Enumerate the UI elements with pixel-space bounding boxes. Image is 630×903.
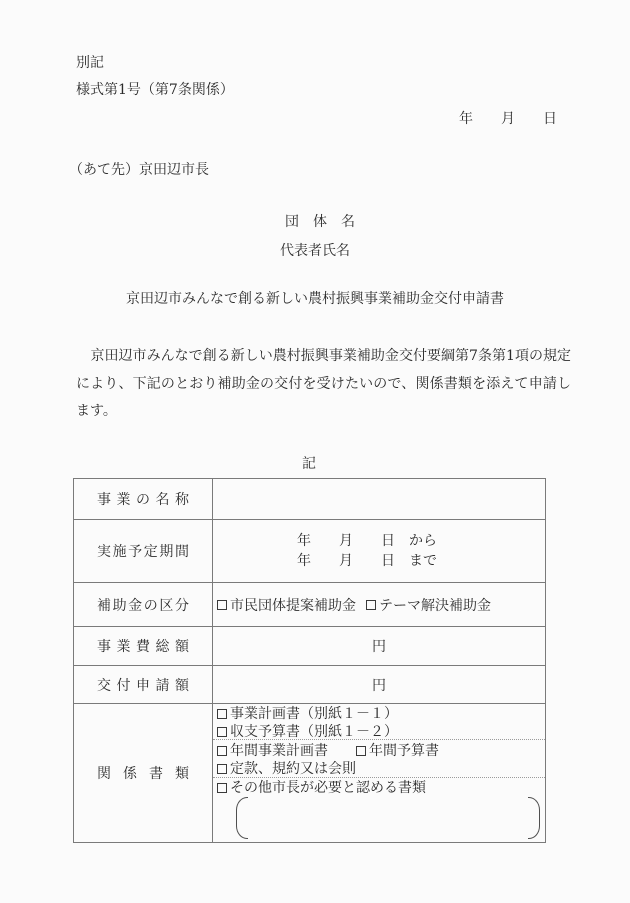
documents-value-cell: 事業計画書（別紙１－１） 収支予算書（別紙１－２） 年	[213, 704, 546, 843]
group-name-label: 団 体 名	[285, 211, 355, 231]
grant-amount-unit: 円	[372, 678, 386, 694]
checkbox-label: テーマ解決補助金	[379, 595, 491, 615]
row-label-category: 補助金の区分	[95, 598, 190, 614]
representative-name-label: 代表者氏名	[280, 240, 350, 260]
checkbox-item-citizen-group: 市民団体提案補助金	[217, 595, 356, 615]
row-label-project-name: 事業の名称	[92, 492, 195, 508]
checkbox-label: その他市長が必要と認める書類	[230, 779, 426, 797]
documents-group-1: 事業計画書（別紙１－１） 収支予算書（別紙１－２）	[213, 704, 545, 740]
period-to-line: 年 月 日 まで	[213, 551, 521, 571]
annex-label: 別記	[76, 52, 104, 72]
checkbox-item-business-plan: 事業計画書（別紙１－１）	[217, 705, 398, 723]
record-mark: 記	[73, 453, 545, 473]
checkbox-icon	[217, 600, 227, 610]
checkbox-label: 年間予算書	[369, 742, 439, 760]
application-table: 事業の名称 実施予定期間 年 月 日 から 年 月 日 まで 補助金の区分	[73, 478, 546, 843]
checkbox-icon	[217, 764, 227, 774]
table-row-grant-amount: 交付申請額 円	[74, 666, 546, 704]
checkbox-icon	[217, 727, 227, 737]
documents-group-3: その他市長が必要と認める書類	[213, 778, 545, 841]
date-line: 年 月 日	[459, 108, 557, 128]
category-label-cell: 補助金の区分	[74, 583, 213, 627]
period-label-cell: 実施予定期間	[74, 520, 213, 583]
checkbox-item-other-documents: その他市長が必要と認める書類	[217, 779, 426, 797]
addressee-line: （あて先）京田辺市長	[69, 159, 209, 179]
period-value-cell: 年 月 日 から 年 月 日 まで	[213, 520, 546, 583]
project-name-value-cell	[213, 479, 546, 520]
checkbox-label: 定款、規約又は会則	[230, 760, 356, 778]
checkbox-label: 市民団体提案補助金	[230, 595, 356, 615]
document-page: 別記 様式第1号（第7条関係） 年 月 日 （あて先）京田辺市長 団 体 名 代…	[0, 0, 630, 903]
checkbox-item-budget-statement: 収支予算書（別紙１－２）	[217, 723, 398, 741]
document-title: 京田辺市みんなで創る新しい農村振興事業補助金交付申請書	[0, 288, 630, 308]
table-row-project-name: 事業の名称	[74, 479, 546, 520]
checkbox-icon	[217, 746, 227, 756]
total-cost-unit: 円	[372, 639, 386, 655]
grant-amount-label-cell: 交付申請額	[74, 666, 213, 704]
checkbox-label: 事業計画書（別紙１－１）	[230, 705, 398, 723]
checkbox-item-annual-budget: 年間予算書	[356, 742, 439, 760]
left-bracket-icon	[236, 797, 248, 839]
checkbox-item-theme-solution: テーマ解決補助金	[366, 595, 491, 615]
total-cost-value-cell: 円	[213, 627, 546, 666]
form-number: 様式第1号（第7条関係）	[76, 79, 234, 99]
table-row-total-cost: 事業費総額 円	[74, 627, 546, 666]
row-label-grant-amount: 交付申請額	[92, 678, 195, 694]
category-value-cell: 市民団体提案補助金 テーマ解決補助金	[213, 583, 546, 627]
row-label-period: 実施予定期間	[95, 544, 190, 560]
checkbox-item-articles-rules: 定款、規約又は会則	[217, 760, 356, 778]
row-label-documents: 関係書類	[85, 766, 201, 782]
table-row-period: 実施予定期間 年 月 日 から 年 月 日 まで	[74, 520, 546, 583]
documents-group-2: 年間事業計画書 年間予算書 定款、規約又は会則	[213, 740, 545, 778]
total-cost-label-cell: 事業費総額	[74, 627, 213, 666]
checkbox-label: 年間事業計画書	[230, 742, 328, 760]
checkbox-icon	[217, 709, 227, 719]
checkbox-icon	[366, 600, 376, 610]
period-from-line: 年 月 日 から	[213, 531, 521, 551]
checkbox-icon	[217, 783, 227, 793]
checkbox-label: 収支予算書（別紙１－２）	[230, 723, 398, 741]
checkbox-item-annual-business-plan: 年間事業計画書	[217, 742, 328, 760]
table-row-category: 補助金の区分 市民団体提案補助金 テーマ解決補助金	[74, 583, 546, 627]
table-row-documents: 関係書類 事業計画書（別紙１－１） 収支予算書（別紙１－２）	[74, 704, 546, 843]
checkbox-icon	[356, 746, 366, 756]
row-label-total-cost: 事業費総額	[92, 639, 195, 655]
right-bracket-icon	[528, 797, 540, 839]
other-documents-fill-area	[236, 797, 540, 839]
body-paragraph: 京田辺市みんなで創る新しい農村振興事業補助金交付要綱第7条第1項の規定により、下…	[76, 343, 571, 426]
grant-amount-value-cell: 円	[213, 666, 546, 704]
project-name-label-cell: 事業の名称	[74, 479, 213, 520]
documents-label-cell: 関係書類	[74, 704, 213, 843]
